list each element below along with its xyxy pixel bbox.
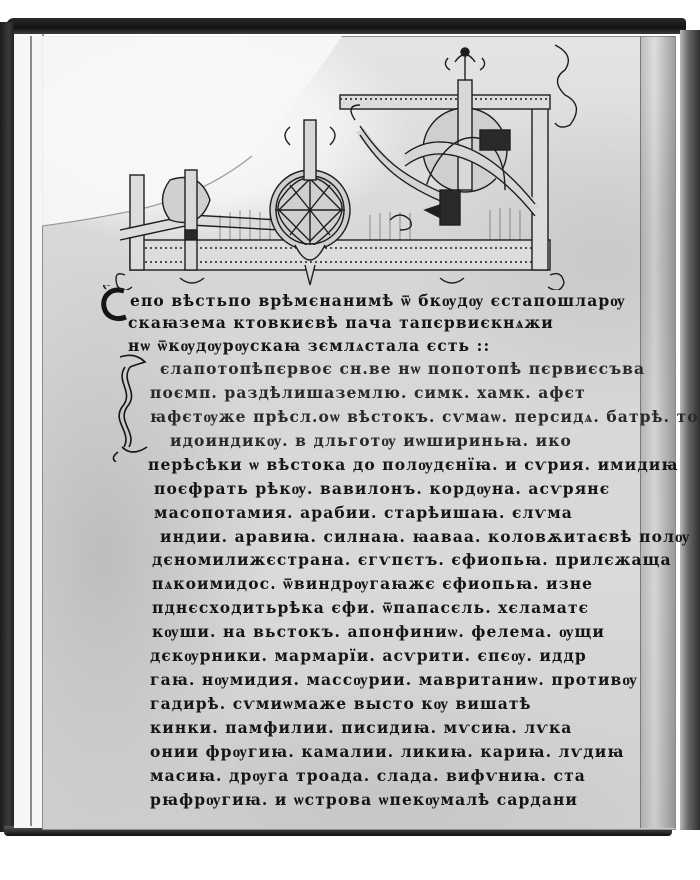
interlace-headpiece-ornament bbox=[100, 40, 600, 290]
flyleaf-edge bbox=[14, 34, 44, 828]
manuscript-photograph: епо вѣстьпо врѣмєнанимѣ ѿ бкѹдѹ єстапошл… bbox=[0, 0, 700, 880]
text-line-22: рꙗфрѹгиꙗ. и ѡстрова ѡпекѹмалѣ сардани bbox=[150, 789, 578, 811]
book-binding-top bbox=[6, 18, 686, 34]
page-fold-shadow bbox=[640, 36, 675, 828]
text-line-20: онии фрѹгиꙗ. камалии. ликиꙗ. кариꙗ. лѵди… bbox=[150, 741, 625, 763]
text-line-8: перѣсѣки ѡ вѣстока до полѹдєнїꙗ. и сѵрия… bbox=[148, 454, 679, 476]
text-line-5: поємп. раздѣлишаземлю. симк. хамк. афєт bbox=[150, 382, 586, 404]
book-binding-left bbox=[0, 22, 14, 832]
text-line-18: гадирѣ. сѵмиѡмаже высто кѹ вишатѣ bbox=[150, 693, 532, 715]
text-line-10: масопотамия. арабии. старѣишаꙗ. єлѵма bbox=[154, 502, 573, 524]
text-line-13: пѧкоимидос. ѿвиндрѹгаꙗжє єфиопьꙗ. изне bbox=[152, 573, 593, 595]
text-line-2: скаꙗзема ктовкиєвѣ пача тапєрвиєкнѧжи bbox=[128, 312, 554, 334]
text-line-6: ꙗфєтѹже прѣсл.оѡ вѣстокъ. сѵмаѡ. персидѧ… bbox=[150, 406, 700, 428]
text-line-15: кѹши. на вьстокъ. апонфиниѡ. фелема. ѹщи bbox=[152, 621, 605, 643]
text-line-19: кинки. памфилии. писидиꙗ. мѵсиꙗ. лѵка bbox=[150, 717, 572, 739]
text-line-3: нѡ ѿкѹдѹрѹскаꙗ зємлѧстала єсть :: bbox=[128, 335, 490, 357]
text-line-7: идоиндикѹ. в дльготѹ иѡшириньꙗ. ико bbox=[170, 430, 572, 452]
text-line-9: поєфрать рѣкѹ. вавилонъ. кордѹна. асѵрян… bbox=[154, 478, 610, 500]
text-line-1: епо вѣстьпо врѣмєнанимѣ ѿ бкѹдѹ єстапошл… bbox=[130, 290, 626, 312]
text-line-21: масиꙗ. дрѹга троада. слада. вифѵниꙗ. ста bbox=[150, 765, 586, 787]
initial-beast-ornament bbox=[110, 352, 150, 462]
initial-letter-ornament bbox=[100, 285, 130, 325]
text-line-11: индии. аравиꙗ. силнаꙗ. ꙗаваа. коловѫитає… bbox=[160, 526, 690, 548]
text-line-14: пднєсходитьрѣка єфи. ѿпапасєль. хєламатє bbox=[152, 597, 589, 619]
text-line-17: гаꙗ. нѹмидия. массѹрии. мавританиѡ. прот… bbox=[150, 669, 638, 691]
text-line-12: дєномилижєстрана. єгѵпєтъ. єфиопьꙗ. прил… bbox=[152, 549, 672, 571]
text-line-4: єлапотопѣпєрвоє сн.ве нѡ попотопѣ пєрвиє… bbox=[160, 358, 645, 380]
flyleaf-line bbox=[30, 36, 32, 826]
text-line-16: дєкѹрники. мармарїи. асѵрити. єпєѹ. иддр bbox=[150, 645, 587, 667]
book-binding-right bbox=[680, 30, 700, 830]
